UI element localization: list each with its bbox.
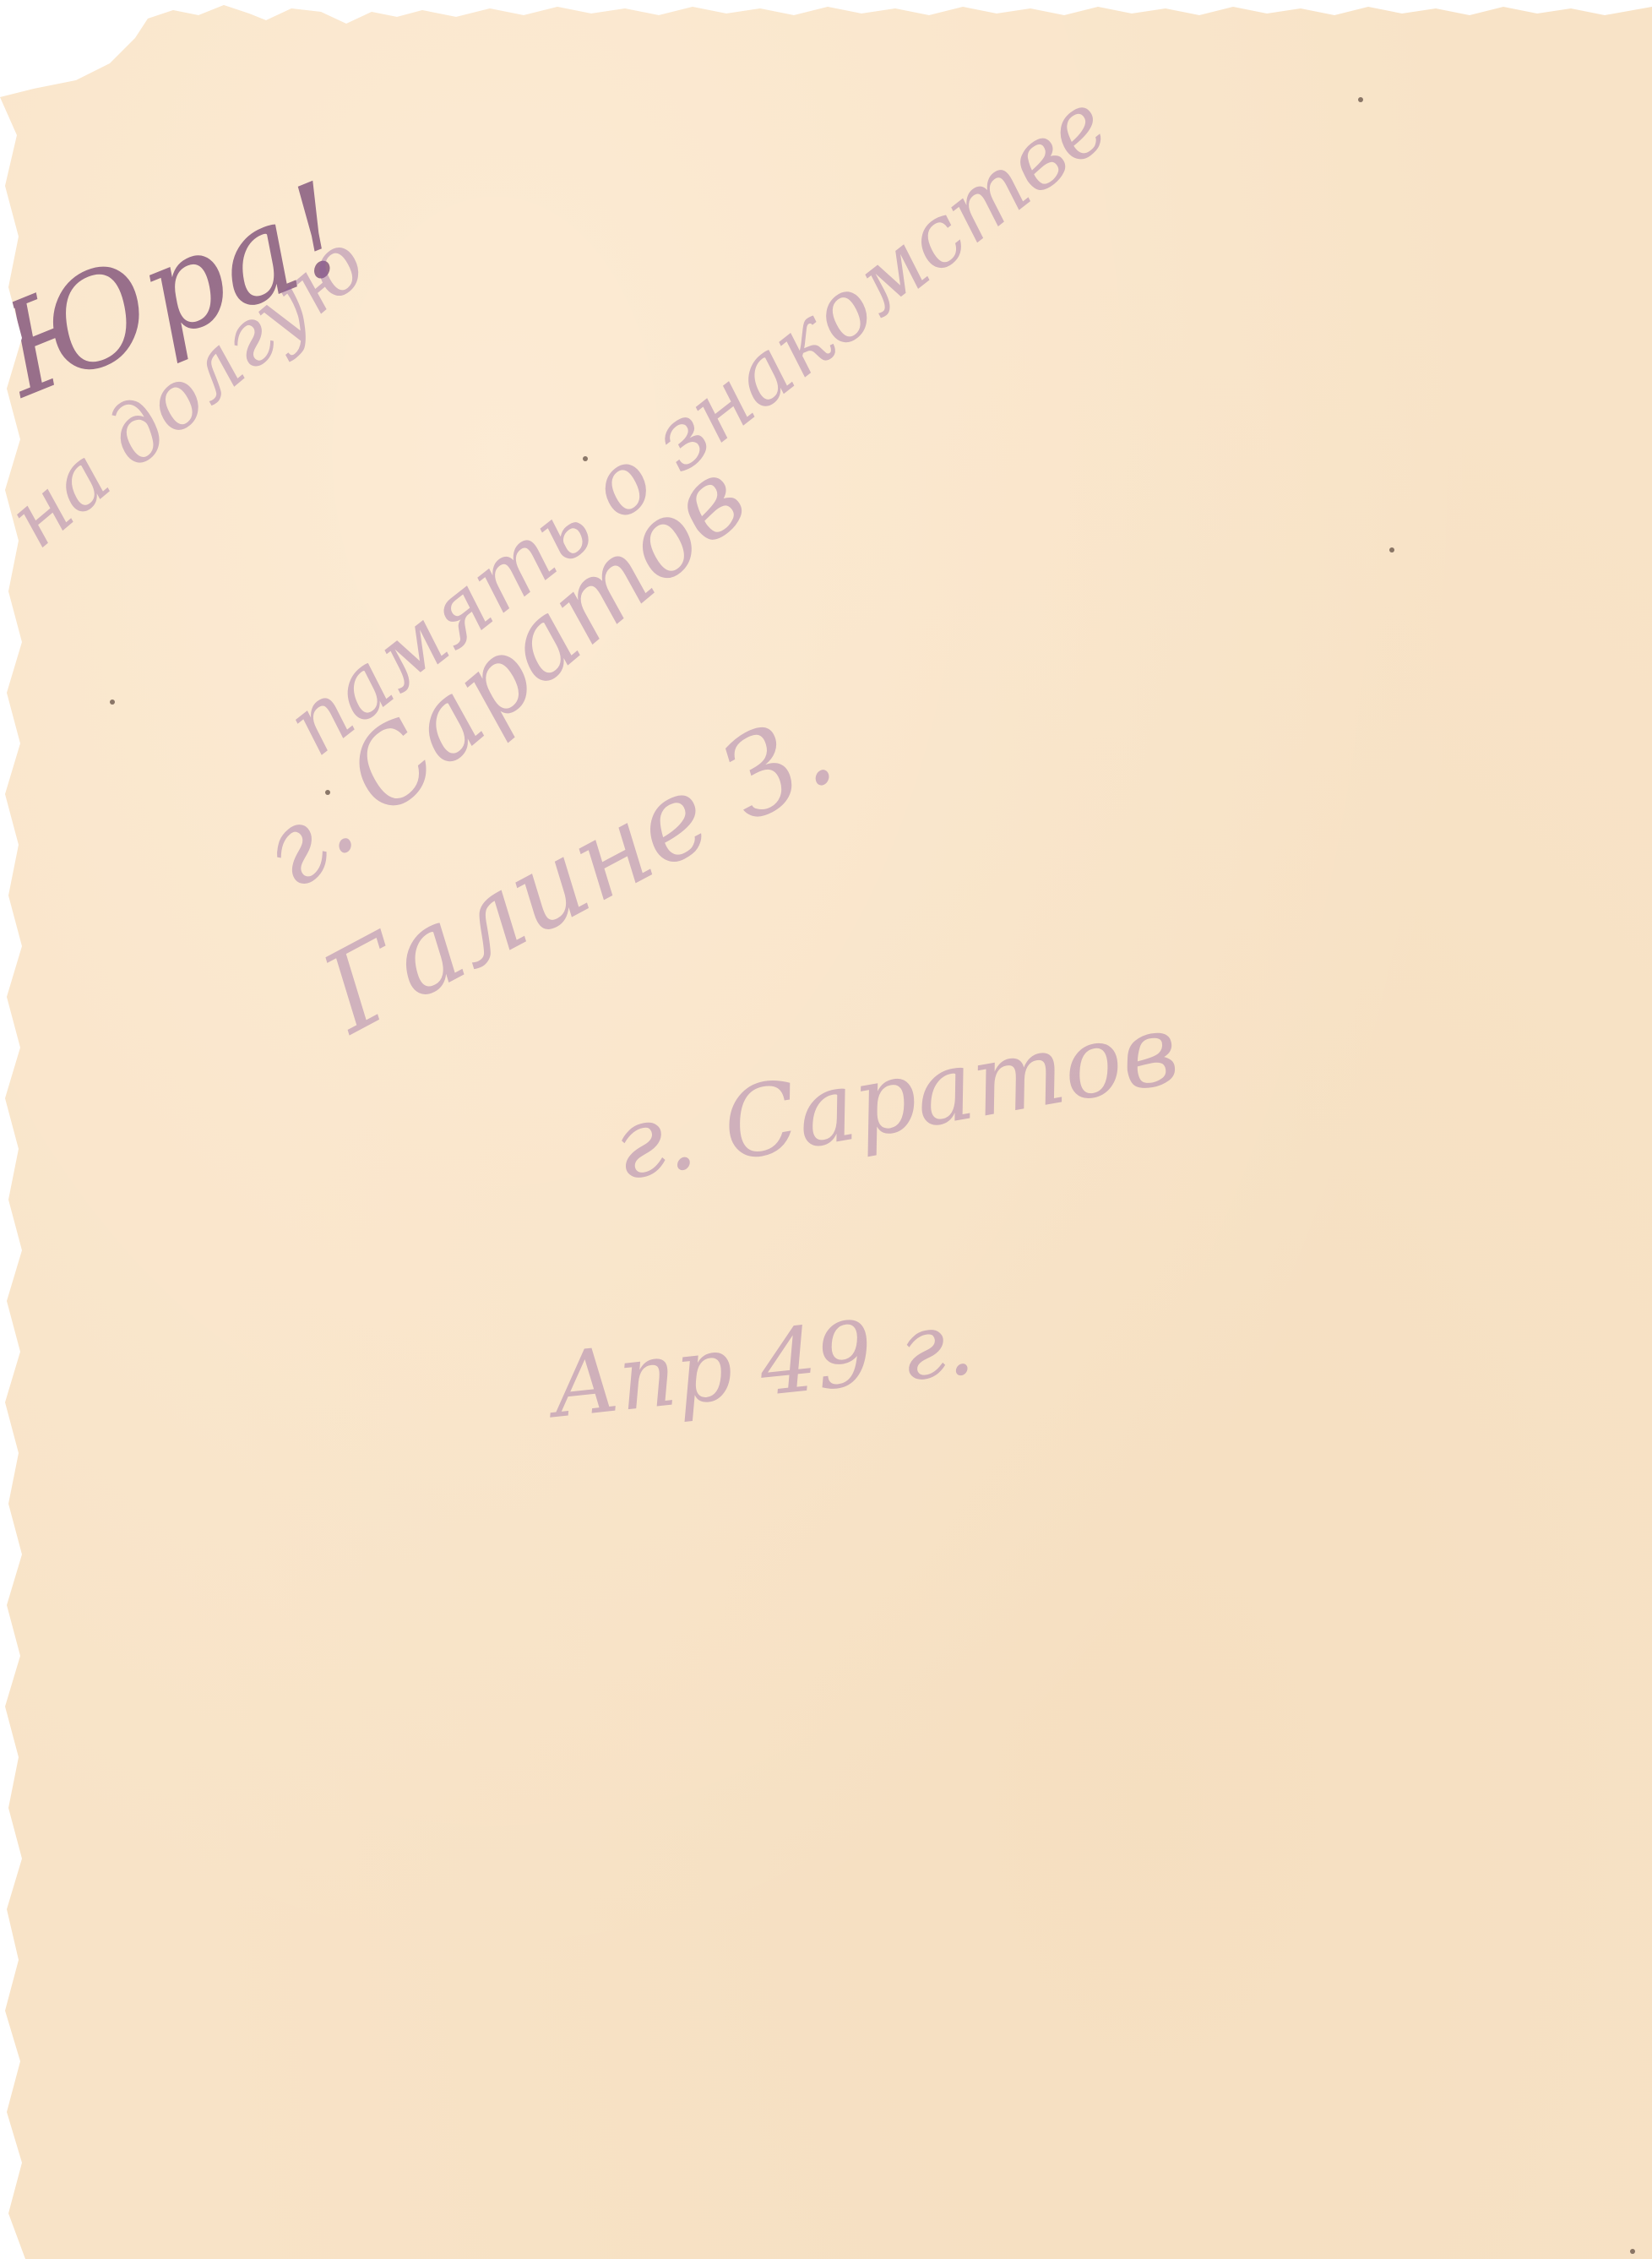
handwritten-date: Апр 49 г. [546, 1291, 978, 1438]
ink-speck [110, 699, 115, 705]
ink-speck [1358, 97, 1363, 102]
ink-speck [1389, 547, 1394, 553]
ink-speck [325, 790, 330, 795]
ink-speck [1630, 2249, 1635, 2254]
ink-speck [583, 456, 588, 461]
handwritten-line-3: память о знакомстве [269, 74, 1126, 775]
handwritten-city-2: г. Саратов [606, 993, 1187, 1203]
photo-back-paper: Юра! на долгую память о знакомстве г. Са… [0, 0, 1652, 2259]
